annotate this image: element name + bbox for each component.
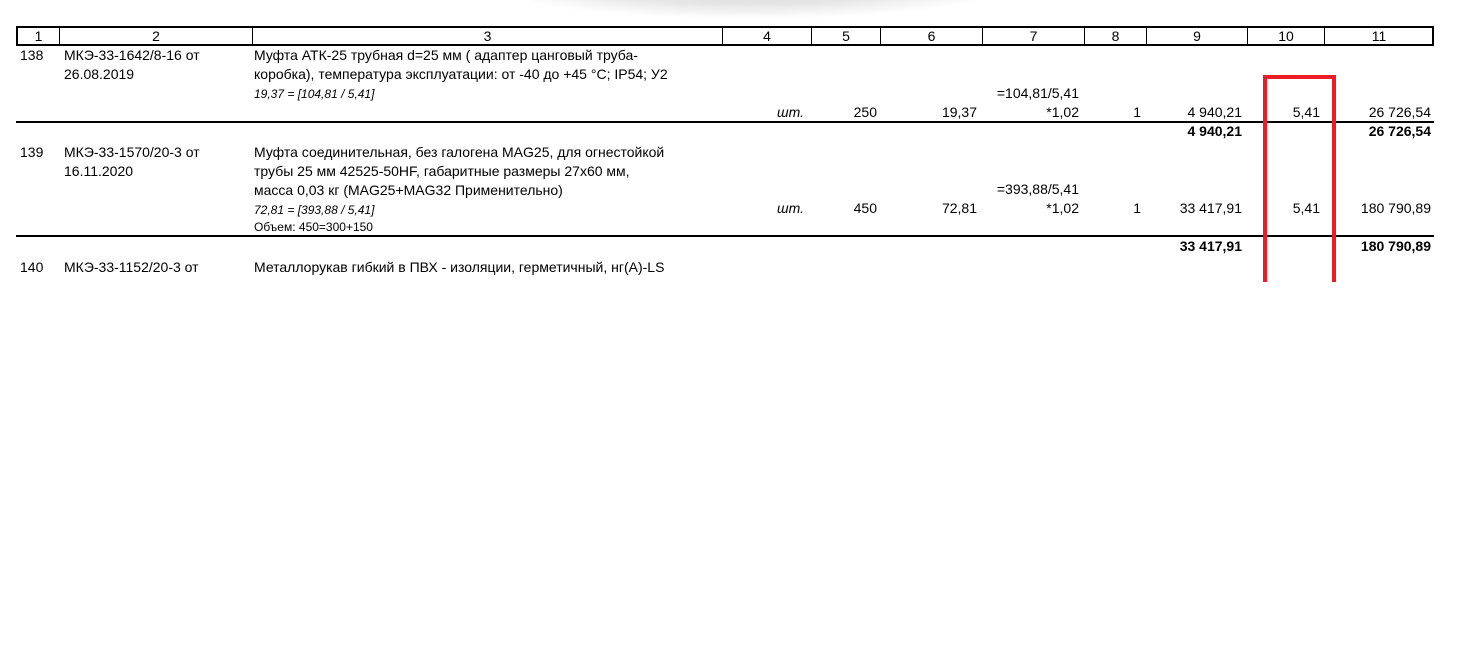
subtotal-base: 4 940,21 [1145, 122, 1242, 141]
row-price: 19,37 [879, 103, 977, 122]
column-header-8: 8 [1084, 28, 1146, 44]
row-quantity: 450 [810, 199, 877, 218]
column-header-4: 4 [722, 28, 811, 44]
table-header: 1 2 3 4 5 6 7 8 9 10 11 [16, 26, 1434, 46]
subtotal-current: 180 790,89 [1323, 237, 1431, 256]
row-code-date: 26.08.2019 [64, 65, 134, 84]
row-formula-coef: *1,02 [981, 103, 1079, 122]
row-total-base: 33 417,91 [1145, 199, 1242, 218]
column-header-2: 2 [59, 28, 252, 44]
row-code-date-clipped: ————— [64, 277, 134, 282]
row-formula: =393,88/5,41 [981, 180, 1079, 199]
row-code: МКЭ-33-1642/8-16 от [64, 46, 200, 65]
row-quantity: 250 [810, 103, 877, 122]
row-description: трубы 25 мм 42525-50HF, габаритные разме… [254, 162, 630, 181]
row-unit: шт. [721, 199, 804, 218]
row-price: 72,81 [879, 199, 977, 218]
row-total-current: 180 790,89 [1323, 199, 1431, 218]
row-code-date: 16.11.2020 [64, 162, 133, 181]
row-volume-note: Объем: 450=300+150 [254, 220, 373, 234]
row-code: МКЭ-33-1152/20-3 от [64, 258, 199, 277]
row-formula-coef: *1,02 [981, 199, 1079, 218]
row-description: Металлорукав гибкий в ПВХ - изоляции, ге… [254, 258, 664, 277]
column-header-1: 1 [18, 28, 59, 44]
row-description: Муфта АТК-25 трубная d=25 мм ( адаптер ц… [254, 46, 638, 65]
row-description: Муфта соединительная, без галогена MAG25… [254, 143, 664, 162]
row-calc-note: 72,81 = [393,88 / 5,41] [254, 203, 374, 217]
document-page: 1 2 3 4 5 6 7 8 9 10 11 138 МКЭ-33-1642/… [0, 0, 1481, 282]
row-total-base: 4 940,21 [1145, 103, 1242, 122]
column-header-5: 5 [811, 28, 880, 44]
column-header-9: 9 [1146, 28, 1247, 44]
subtotal-base: 33 417,91 [1145, 237, 1242, 256]
highlight-box-column-10 [1263, 75, 1336, 282]
row-number: 140 [20, 258, 43, 277]
column-header-3: 3 [252, 28, 722, 44]
row-unit: шт. [721, 103, 804, 122]
row-total-current: 26 726,54 [1323, 103, 1431, 122]
row-coefficient: 1 [1083, 199, 1141, 218]
column-header-6: 6 [880, 28, 982, 44]
column-header-11: 11 [1324, 28, 1433, 44]
column-header-10: 10 [1247, 28, 1324, 44]
row-number: 139 [20, 143, 43, 162]
row-code: МКЭ-33-1570/20-3 от [64, 143, 200, 162]
row-coefficient: 1 [1083, 103, 1141, 122]
row-calc-note: 19,37 = [104,81 / 5,41] [254, 87, 374, 101]
row-number: 138 [20, 46, 43, 65]
row-description: коробка), температура эксплуатации: от -… [254, 65, 668, 84]
row-formula: =104,81/5,41 [981, 84, 1079, 103]
column-header-7: 7 [982, 28, 1084, 44]
row-description: масса 0,03 кг (MAG25+MAG32 Применительно… [254, 181, 563, 200]
subtotal-current: 26 726,54 [1323, 122, 1431, 141]
